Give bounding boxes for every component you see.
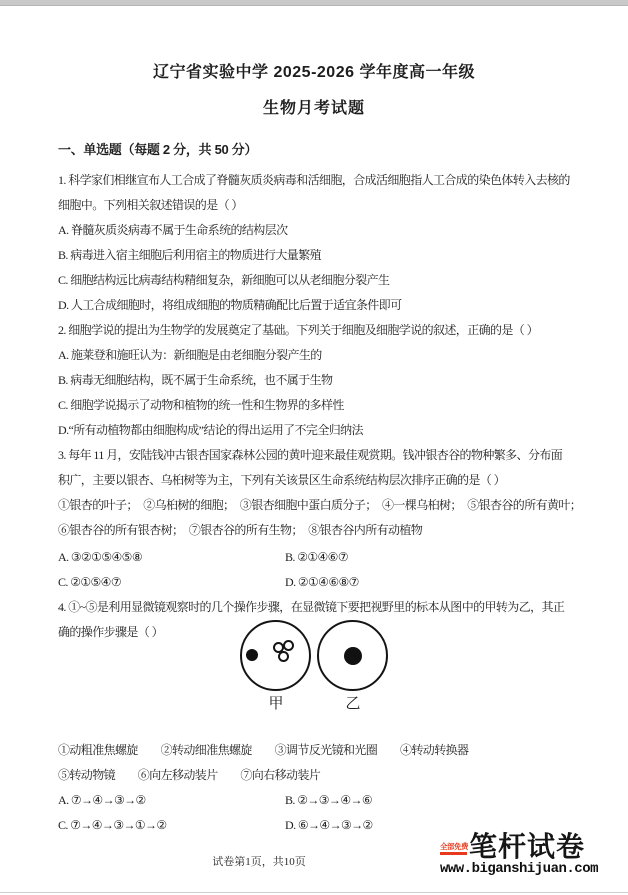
question-1-option-b: B. 病毒进入宿主细胞后利用宿主的物质进行大量繁殖 xyxy=(58,243,570,268)
watermark-free-underline xyxy=(440,852,467,856)
question-3-enum-line-1: ①银杏的叶子； ②乌桕树的细胞； ③银杏细胞中蛋白质分子； ④一棵乌桕树； ⑤银… xyxy=(58,493,570,518)
question-1-text-line-2: 细胞中。下列相关叙述错误的是（ ） xyxy=(58,193,570,218)
question-4-option-d: D. ⑥→④→③→② xyxy=(285,813,373,838)
page-title: 辽宁省实验中学 2025-2026 学年度高一年级 xyxy=(58,62,570,84)
question-2-option-a: A. 施莱登和施旺认为：新细胞是由老细胞分裂产生的 xyxy=(58,343,570,368)
watermark-brand-row: 全部免费 笔杆试卷 xyxy=(440,832,598,862)
figure-spacer xyxy=(58,645,570,738)
question-3-text-line-1: 3. 每年 11 月，安陆钱冲古银杏国家森林公园的黄叶迎来最佳观赏期。钱冲银杏谷… xyxy=(58,443,570,468)
question-2-option-b: B. 病毒无细胞结构，既不属于生命系统，也不属于生物 xyxy=(58,368,570,393)
watermark-url: www.biganshijuan.com xyxy=(440,861,598,877)
page-subtitle: 生物月考试题 xyxy=(58,98,570,120)
question-4-text-line-2: 确的操作步骤是（ ） xyxy=(58,620,570,645)
question-1-text-line-1: 1. 科学家们相继宣布人工合成了脊髓灰质炎病毒和活细胞，合成活细胞指人工合成的染… xyxy=(58,168,570,193)
question-2-option-d: D.“所有动植物都由细胞构成”结论的得出运用了不完全归纳法 xyxy=(58,418,570,443)
section-header: 一、单选题（每题 2 分，共 50 分） xyxy=(58,140,570,160)
question-3-options-row-1: A. ③②①⑤④⑤⑧ B. ②①④⑥⑦ xyxy=(58,545,570,570)
watermark-brand: 笔杆试卷 xyxy=(469,832,585,862)
question-3-enum-line-2: ⑥银杏谷的所有银杏树； ⑦银杏谷的所有生物； ⑧银杏谷内所有动植物 xyxy=(58,518,570,543)
question-4-option-b: B. ②→③→④→⑥ xyxy=(285,788,372,813)
question-3-options-row-2: C. ②①⑤④⑦ D. ②①④⑥⑧⑦ xyxy=(58,570,570,595)
question-4-option-c: C. ⑦→④→③→①→② xyxy=(58,813,285,838)
question-4: 4. ①~⑤是利用显微镜观察时的几个操作步骤，在显微镜下要把视野里的标本从图中的… xyxy=(58,595,570,838)
question-3-option-b: B. ②①④⑥⑦ xyxy=(285,545,348,570)
question-3-text-line-2: 积广，主要以银杏、乌桕树等为主，下列有关该景区生命系统结构层次排序正确的是（ ） xyxy=(58,468,570,493)
question-3-option-d: D. ②①④⑥⑧⑦ xyxy=(285,570,359,595)
question-4-options-row-1: A. ⑦→④→③→② B. ②→③→④→⑥ xyxy=(58,788,570,813)
question-4-steps-line-1: ①动粗准焦螺旋 ②转动细准焦螺旋 ③调节反光镜和光圈 ④转动转换器 xyxy=(58,738,570,763)
exam-page: 辽宁省实验中学 2025-2026 学年度高一年级 生物月考试题 一、单选题（每… xyxy=(0,0,628,895)
question-2: 2. 细胞学说的提出为生物学的发展奠定了基础。下列关于细胞及细胞学说的叙述，正确… xyxy=(58,318,570,443)
question-4-steps-line-2: ⑤转动物镜 ⑥向左移动装片 ⑦向右移动装片 xyxy=(58,763,570,788)
bottom-border xyxy=(0,892,628,893)
top-bar xyxy=(0,0,628,6)
watermark-free-badge: 全部免费 xyxy=(440,843,468,856)
question-1-option-a: A. 脊髓灰质炎病毒不属于生命系统的结构层次 xyxy=(58,218,570,243)
question-3-option-a: A. ③②①⑤④⑤⑧ xyxy=(58,545,285,570)
question-4-option-a: A. ⑦→④→③→② xyxy=(58,788,285,813)
watermark-free-text: 全部免费 xyxy=(440,843,468,851)
question-2-text-line-1: 2. 细胞学说的提出为生物学的发展奠定了基础。下列关于细胞及细胞学说的叙述，正确… xyxy=(58,318,570,343)
watermark: 全部免费 笔杆试卷 www.biganshijuan.com xyxy=(440,832,598,877)
question-4-text-line-1: 4. ①~⑤是利用显微镜观察时的几个操作步骤，在显微镜下要把视野里的标本从图中的… xyxy=(58,595,570,620)
question-1: 1. 科学家们相继宣布人工合成了脊髓灰质炎病毒和活细胞，合成活细胞指人工合成的染… xyxy=(58,168,570,318)
question-3: 3. 每年 11 月，安陆钱冲古银杏国家森林公园的黄叶迎来最佳观赏期。钱冲银杏谷… xyxy=(58,443,570,595)
question-2-option-c: C. 细胞学说揭示了动物和植物的统一性和生物界的多样性 xyxy=(58,393,570,418)
question-1-option-d: D. 人工合成细胞时，将组成细胞的物质精确配比后置于适宜条件即可 xyxy=(58,293,570,318)
page-content: 辽宁省实验中学 2025-2026 学年度高一年级 生物月考试题 一、单选题（每… xyxy=(0,62,628,838)
question-3-option-c: C. ②①⑤④⑦ xyxy=(58,570,285,595)
question-1-option-c: C. 细胞结构远比病毒结构精细复杂，新细胞可以从老细胞分裂产生 xyxy=(58,268,570,293)
